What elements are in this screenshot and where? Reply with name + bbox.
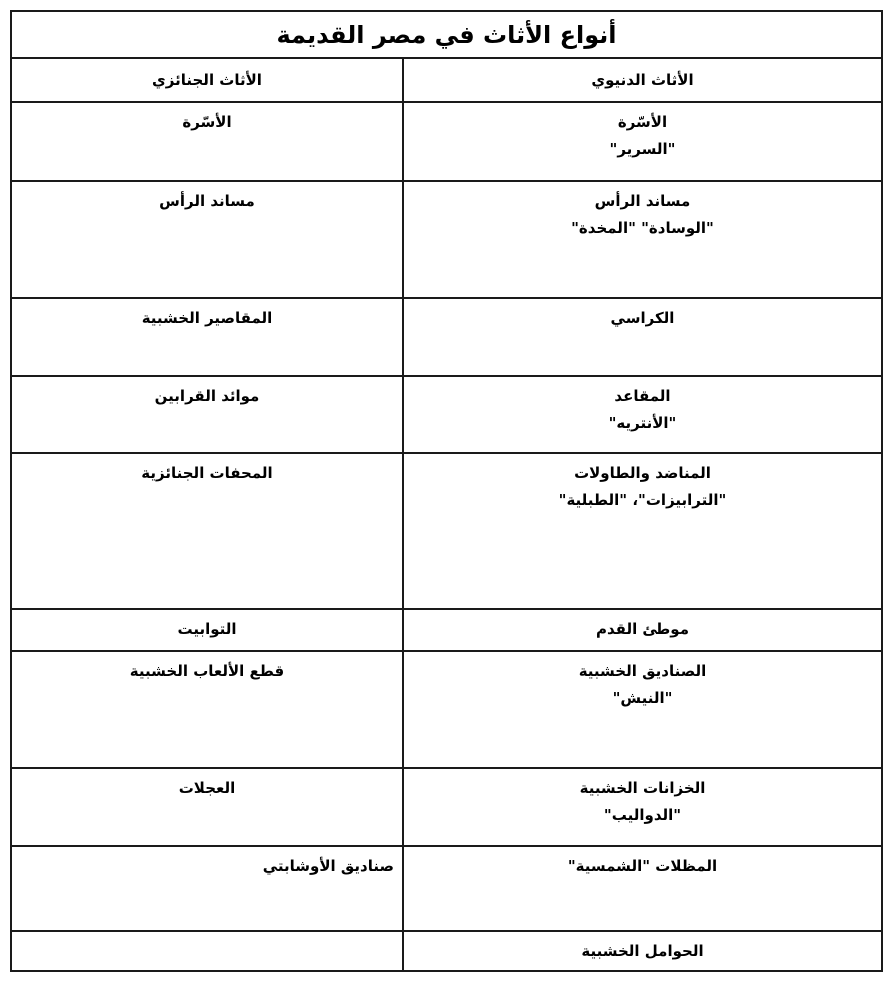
cell-content: موائد القرابين [12, 377, 402, 410]
cell-worldly: الخزانات الخشبية"الدواليب" [403, 768, 882, 846]
item-name: صناديق الأوشابتي [12, 853, 394, 880]
cell-worldly: موطئ القدم [403, 609, 882, 651]
cell-worldly: الأسّرة"السرير" [403, 102, 882, 181]
cell-content: مساند الرأس"الوسادة" "المخدة" [404, 182, 881, 242]
cell-content: الأسّرة [12, 103, 402, 136]
cell-content [12, 932, 402, 938]
header-row: الأثاث الدنيوي الأثاث الجنائزي [11, 58, 882, 102]
cell-content: الصناديق الخشبية"النيش" [404, 652, 881, 712]
cell-content: المقاصير الخشبية [12, 299, 402, 332]
table-row: الكراسيالمقاصير الخشبية [11, 298, 882, 376]
header-worldly-furniture: الأثاث الدنيوي [403, 58, 882, 102]
cell-worldly: مساند الرأس"الوسادة" "المخدة" [403, 181, 882, 298]
table-title: أنواع الأثاث في مصر القديمة [11, 11, 882, 58]
table-row: مساند الرأس"الوسادة" "المخدة"مساند الرأس [11, 181, 882, 298]
cell-content: قطع الألعاب الخشبية [12, 652, 402, 685]
cell-funerary: المقاصير الخشبية [11, 298, 403, 376]
cell-content: الأسّرة"السرير" [404, 103, 881, 163]
table-row: الأسّرة"السرير"الأسّرة [11, 102, 882, 181]
item-name: الأسّرة [12, 109, 402, 136]
cell-content: العجلات [12, 769, 402, 802]
item-name: الصناديق الخشبية [404, 658, 881, 685]
cell-funerary: صناديق الأوشابتي [11, 846, 403, 931]
item-name: موائد القرابين [12, 383, 402, 410]
table-row: المقاعد"الأنتريه"موائد القرابين [11, 376, 882, 453]
cell-worldly: المناضد والطاولات"الترابيزات"، "الطبلية" [403, 453, 882, 609]
cell-content: المقاعد"الأنتريه" [404, 377, 881, 437]
item-alias: "الوسادة" "المخدة" [404, 215, 881, 242]
item-name: الكراسي [404, 305, 881, 332]
item-name: التوابيت [12, 616, 402, 643]
item-name: موطئ القدم [404, 616, 881, 643]
cell-content: الحوامل الخشبية [404, 932, 881, 965]
item-name: المقاعد [404, 383, 881, 410]
item-alias: "السرير" [404, 136, 881, 163]
item-alias: "النيش" [404, 685, 881, 712]
cell-content: المظلات "الشمسية" [404, 847, 881, 880]
cell-funerary: الأسّرة [11, 102, 403, 181]
cell-funerary: مساند الرأس [11, 181, 403, 298]
table-row: المناضد والطاولات"الترابيزات"، "الطبلية"… [11, 453, 882, 609]
item-name: الأسّرة [404, 109, 881, 136]
cell-content: موطئ القدم [404, 610, 881, 643]
item-alias: "الأنتريه" [404, 410, 881, 437]
item-name: المناضد والطاولات [404, 460, 881, 487]
cell-worldly: الحوامل الخشبية [403, 931, 882, 971]
cell-funerary: التوابيت [11, 609, 403, 651]
furniture-types-table: أنواع الأثاث في مصر القديمة الأثاث الدني… [10, 10, 883, 972]
table-row: الحوامل الخشبية [11, 931, 882, 971]
cell-funerary: موائد القرابين [11, 376, 403, 453]
cell-funerary: المحفات الجنائزية [11, 453, 403, 609]
cell-worldly: المظلات "الشمسية" [403, 846, 882, 931]
cell-content: المناضد والطاولات"الترابيزات"، "الطبلية" [404, 454, 881, 514]
cell-worldly: الصناديق الخشبية"النيش" [403, 651, 882, 768]
item-name: مساند الرأس [12, 188, 402, 215]
cell-content: التوابيت [12, 610, 402, 643]
table-row: الخزانات الخشبية"الدواليب"العجلات [11, 768, 882, 846]
item-name: الخزانات الخشبية [404, 775, 881, 802]
cell-worldly: المقاعد"الأنتريه" [403, 376, 882, 453]
item-name: المقاصير الخشبية [12, 305, 402, 332]
item-name: المحفات الجنائزية [12, 460, 402, 487]
cell-content: مساند الرأس [12, 182, 402, 215]
item-alias: "الدواليب" [404, 802, 881, 829]
cell-funerary: قطع الألعاب الخشبية [11, 651, 403, 768]
cell-funerary: العجلات [11, 768, 403, 846]
header-funerary-furniture: الأثاث الجنائزي [11, 58, 403, 102]
item-name: العجلات [12, 775, 402, 802]
item-alias: "الترابيزات"، "الطبلية" [404, 487, 881, 514]
cell-worldly: الكراسي [403, 298, 882, 376]
cell-content: صناديق الأوشابتي [12, 847, 402, 880]
cell-content: الخزانات الخشبية"الدواليب" [404, 769, 881, 829]
cell-content: الكراسي [404, 299, 881, 332]
item-name: المظلات "الشمسية" [404, 853, 881, 880]
item-name: الحوامل الخشبية [404, 938, 881, 965]
table-row: الصناديق الخشبية"النيش"قطع الألعاب الخشب… [11, 651, 882, 768]
table-row: المظلات "الشمسية"صناديق الأوشابتي [11, 846, 882, 931]
item-name: مساند الرأس [404, 188, 881, 215]
title-row: أنواع الأثاث في مصر القديمة [11, 11, 882, 58]
table-row: موطئ القدمالتوابيت [11, 609, 882, 651]
cell-content: المحفات الجنائزية [12, 454, 402, 487]
item-name: قطع الألعاب الخشبية [12, 658, 402, 685]
cell-funerary [11, 931, 403, 971]
